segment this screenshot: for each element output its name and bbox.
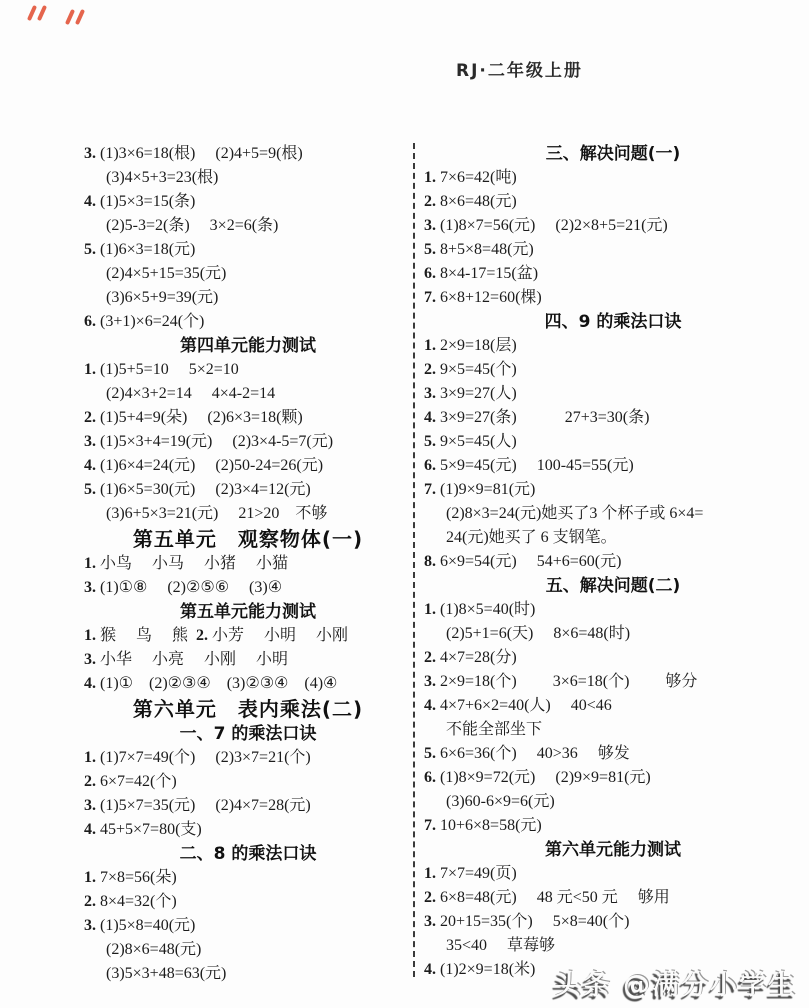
answer-line: 3. 3×9=27(人) <box>424 382 802 406</box>
answers-column-right: 三、解决问题(一)1. 7×6=42(吨)2. 8×6=48(元)3. (1)8… <box>424 142 802 982</box>
section-heading: 一、7 的乘法口诀 <box>84 722 412 746</box>
answer-line: 4. (1)5×3=15(条) <box>84 190 412 214</box>
answer-line: (2)4×3+2=14 4×4-2=14 <box>84 382 412 406</box>
column-divider-line <box>413 143 415 977</box>
answer-line: 6. 5×9=45(元) 100-45=55(元) <box>424 454 802 478</box>
answer-number: 5. <box>424 745 440 762</box>
answer-number: 7. <box>424 289 440 306</box>
answer-number: 1. <box>424 169 440 186</box>
answer-number: 4. <box>84 193 100 210</box>
answer-number: 7. <box>424 481 440 498</box>
answer-number: 3. <box>84 797 100 814</box>
answer-number: 1. <box>84 869 100 886</box>
answer-line: 5. (1)6×5=30(元) (2)3×4=12(元) <box>84 478 412 502</box>
page-header-edition-title: RJ·二年级上册 <box>456 56 583 81</box>
answer-number: 2. <box>84 409 100 426</box>
answer-number: 4. <box>424 409 440 426</box>
answer-number: 3. <box>84 651 100 668</box>
answer-line: (3)60-6×9=6(元) <box>424 790 802 814</box>
answer-number: 3. <box>84 917 100 934</box>
answer-line: 4. 4×7+6×2=40(人) 40<46 <box>424 694 802 718</box>
answer-line: 5. 8+5×8=48(元) <box>424 238 802 262</box>
section-heading: 第五单元能力测试 <box>84 600 412 624</box>
answer-number: 6. <box>424 769 440 786</box>
section-heading: 第四单元能力测试 <box>84 334 412 358</box>
answer-number: 2. <box>84 893 100 910</box>
section-heading: 第六单元能力测试 <box>424 838 802 862</box>
answer-line: 5. 9×5=45(人) <box>424 430 802 454</box>
answers-column-left: 3. (1)3×6=18(根) (2)4+5=9(根)(3)4×5+3=23(根… <box>84 142 412 986</box>
answer-line: 3. (1)5×7=35(元) (2)4×7=28(元) <box>84 794 412 818</box>
answer-line: 1. (1)5+5=10 5×2=10 <box>84 358 412 382</box>
answer-line: 7. 6×8+12=60(棵) <box>424 286 802 310</box>
answer-line: 3. (1)①⑧ (2)②⑤⑥ (3)④ <box>84 576 412 600</box>
answer-line: 35<40 草莓够 <box>424 934 802 958</box>
section-heading: 第六单元 表内乘法(二) <box>84 696 412 722</box>
answer-line: 3. (1)5×8=40(元) <box>84 914 412 938</box>
answer-line: 3. (1)5×3+4=19(元) (2)3×4-5=7(元) <box>84 430 412 454</box>
answer-number: 3. <box>84 145 100 162</box>
answer-line: 1. 7×7=49(页) <box>424 862 802 886</box>
answer-number: 3. <box>424 385 440 402</box>
answer-line: 1. 猴 鸟 熊 2. 小芳 小明 小刚 <box>84 624 412 648</box>
answer-number: 4. <box>424 961 440 978</box>
answer-number: 2. <box>424 649 440 666</box>
answer-number: 4. <box>424 697 440 714</box>
answer-line: (2)8×6=48(元) <box>84 938 412 962</box>
section-heading: 第五单元 观察物体(一) <box>84 526 412 552</box>
answer-line: (3)6+5×3=21(元) 21>20 不够 <box>84 502 412 526</box>
answer-number: 5. <box>424 433 440 450</box>
answer-line: (2)5-3=2(条) 3×2=6(条) <box>84 214 412 238</box>
answer-line: 6. (3+1)×6=24(个) <box>84 310 412 334</box>
answer-line: 5. (1)6×3=18(元) <box>84 238 412 262</box>
answer-line: 不能全部坐下 <box>424 718 802 742</box>
answer-line: 3. 小华 小亮 小刚 小明 <box>84 648 412 672</box>
answer-line: 4. 3×9=27(条) 27+3=30(条) <box>424 406 802 430</box>
answer-number: 3. <box>424 673 440 690</box>
answer-line: 4. (1)① (2)②③④ (3)②③④ (4)④ <box>84 672 412 696</box>
answer-line: 4. (1)6×4=24(元) (2)50-24=26(元) <box>84 454 412 478</box>
answer-number: 1. <box>84 749 100 766</box>
answer-line: (3)6×5+9=39(元) <box>84 286 412 310</box>
answer-line: 1. 2×9=18(层) <box>424 334 802 358</box>
section-heading: 五、解决问题(二) <box>424 574 802 598</box>
watermark-toutiao-badge: 头条 @满分小学生 <box>554 963 797 1002</box>
answer-line: (3)5×3+48=63(元) <box>84 962 412 986</box>
answer-number: 2. <box>84 773 100 790</box>
answer-line: 1. 小鸟 小马 小猪 小猫 <box>84 552 412 576</box>
answer-line: 1. 7×8=56(朵) <box>84 866 412 890</box>
answer-line: (2)5+1=6(天) 8×6=48(时) <box>424 622 802 646</box>
answer-number: 1. <box>424 601 440 618</box>
answer-line: 4. 45+5×7=80(支) <box>84 818 412 842</box>
answer-number: 4. <box>84 457 100 474</box>
answer-line: 24(元)她买了 6 支钢笔。 <box>424 526 802 550</box>
answer-number: 1. <box>84 627 100 644</box>
answer-number: 1. <box>424 337 440 354</box>
answer-number: 3. <box>84 433 100 450</box>
answer-line: 2. 6×7=42(个) <box>84 770 412 794</box>
answer-line: 7. 10+6×8=58(元) <box>424 814 802 838</box>
answer-line: 2. (1)5+4=9(朵) (2)6×3=18(颗) <box>84 406 412 430</box>
answer-line: (3)4×5+3=23(根) <box>84 166 412 190</box>
answer-number: 1. <box>84 361 100 378</box>
answer-line: 2. 8×4=32(个) <box>84 890 412 914</box>
answer-line: 8. 6×9=54(元) 54+6=60(元) <box>424 550 802 574</box>
answer-number: 5. <box>84 481 100 498</box>
answer-line: 2. 8×6=48(元) <box>424 190 802 214</box>
answer-number: 5. <box>84 241 100 258</box>
answer-number: 2. <box>424 889 440 906</box>
answer-line: 1. (1)7×7=49(个) (2)3×7=21(个) <box>84 746 412 770</box>
answer-line: 3. (1)3×6=18(根) (2)4+5=9(根) <box>84 142 412 166</box>
answer-line: 3. (1)8×7=56(元) (2)2×8+5=21(元) <box>424 214 802 238</box>
answer-number: 4. <box>84 821 100 838</box>
answer-number: 3. <box>424 217 440 234</box>
answer-line: 2. 9×5=45(个) <box>424 358 802 382</box>
answer-number: 5. <box>424 241 440 258</box>
answer-number: 7. <box>424 817 440 834</box>
answer-number: 3. <box>424 913 440 930</box>
answer-number: 3. <box>84 579 100 596</box>
answer-line: (2)4×5+15=35(元) <box>84 262 412 286</box>
answer-number: 8. <box>424 553 440 570</box>
answer-line: (2)8×3=24(元)她买了3 个杯子或 6×4= <box>424 502 802 526</box>
answer-number: 2. <box>424 193 440 210</box>
answer-line: 6. (1)8×9=72(元) (2)9×9=81(元) <box>424 766 802 790</box>
answer-line: 5. 6×6=36(个) 40>36 够发 <box>424 742 802 766</box>
answer-line: 2. 6×8=48(元) 48 元<50 元 够用 <box>424 886 802 910</box>
answer-number: 6. <box>424 457 440 474</box>
section-heading: 四、9 的乘法口诀 <box>424 310 802 334</box>
answer-line: 1. (1)8×5=40(时) <box>424 598 802 622</box>
answer-number: 1. <box>424 865 440 882</box>
answer-number: 6. <box>84 313 100 330</box>
answer-line: 7. (1)9×9=81(元) <box>424 478 802 502</box>
red-corner-marks <box>28 4 98 28</box>
answer-number: 6. <box>424 265 440 282</box>
answer-line: 6. 8×4-17=15(盆) <box>424 262 802 286</box>
answer-number: 2. <box>424 361 440 378</box>
answer-number: 1. <box>84 555 100 572</box>
answer-line: 3. 2×9=18(个) 3×6=18(个) 够分 <box>424 670 802 694</box>
section-heading: 二、8 的乘法口诀 <box>84 842 412 866</box>
answer-line: 1. 7×6=42(吨) <box>424 166 802 190</box>
section-heading: 三、解决问题(一) <box>424 142 802 166</box>
answer-line: 2. 4×7=28(分) <box>424 646 802 670</box>
answer-line: 3. 20+15=35(个) 5×8=40(个) <box>424 910 802 934</box>
answer-number: 4. <box>84 675 100 692</box>
